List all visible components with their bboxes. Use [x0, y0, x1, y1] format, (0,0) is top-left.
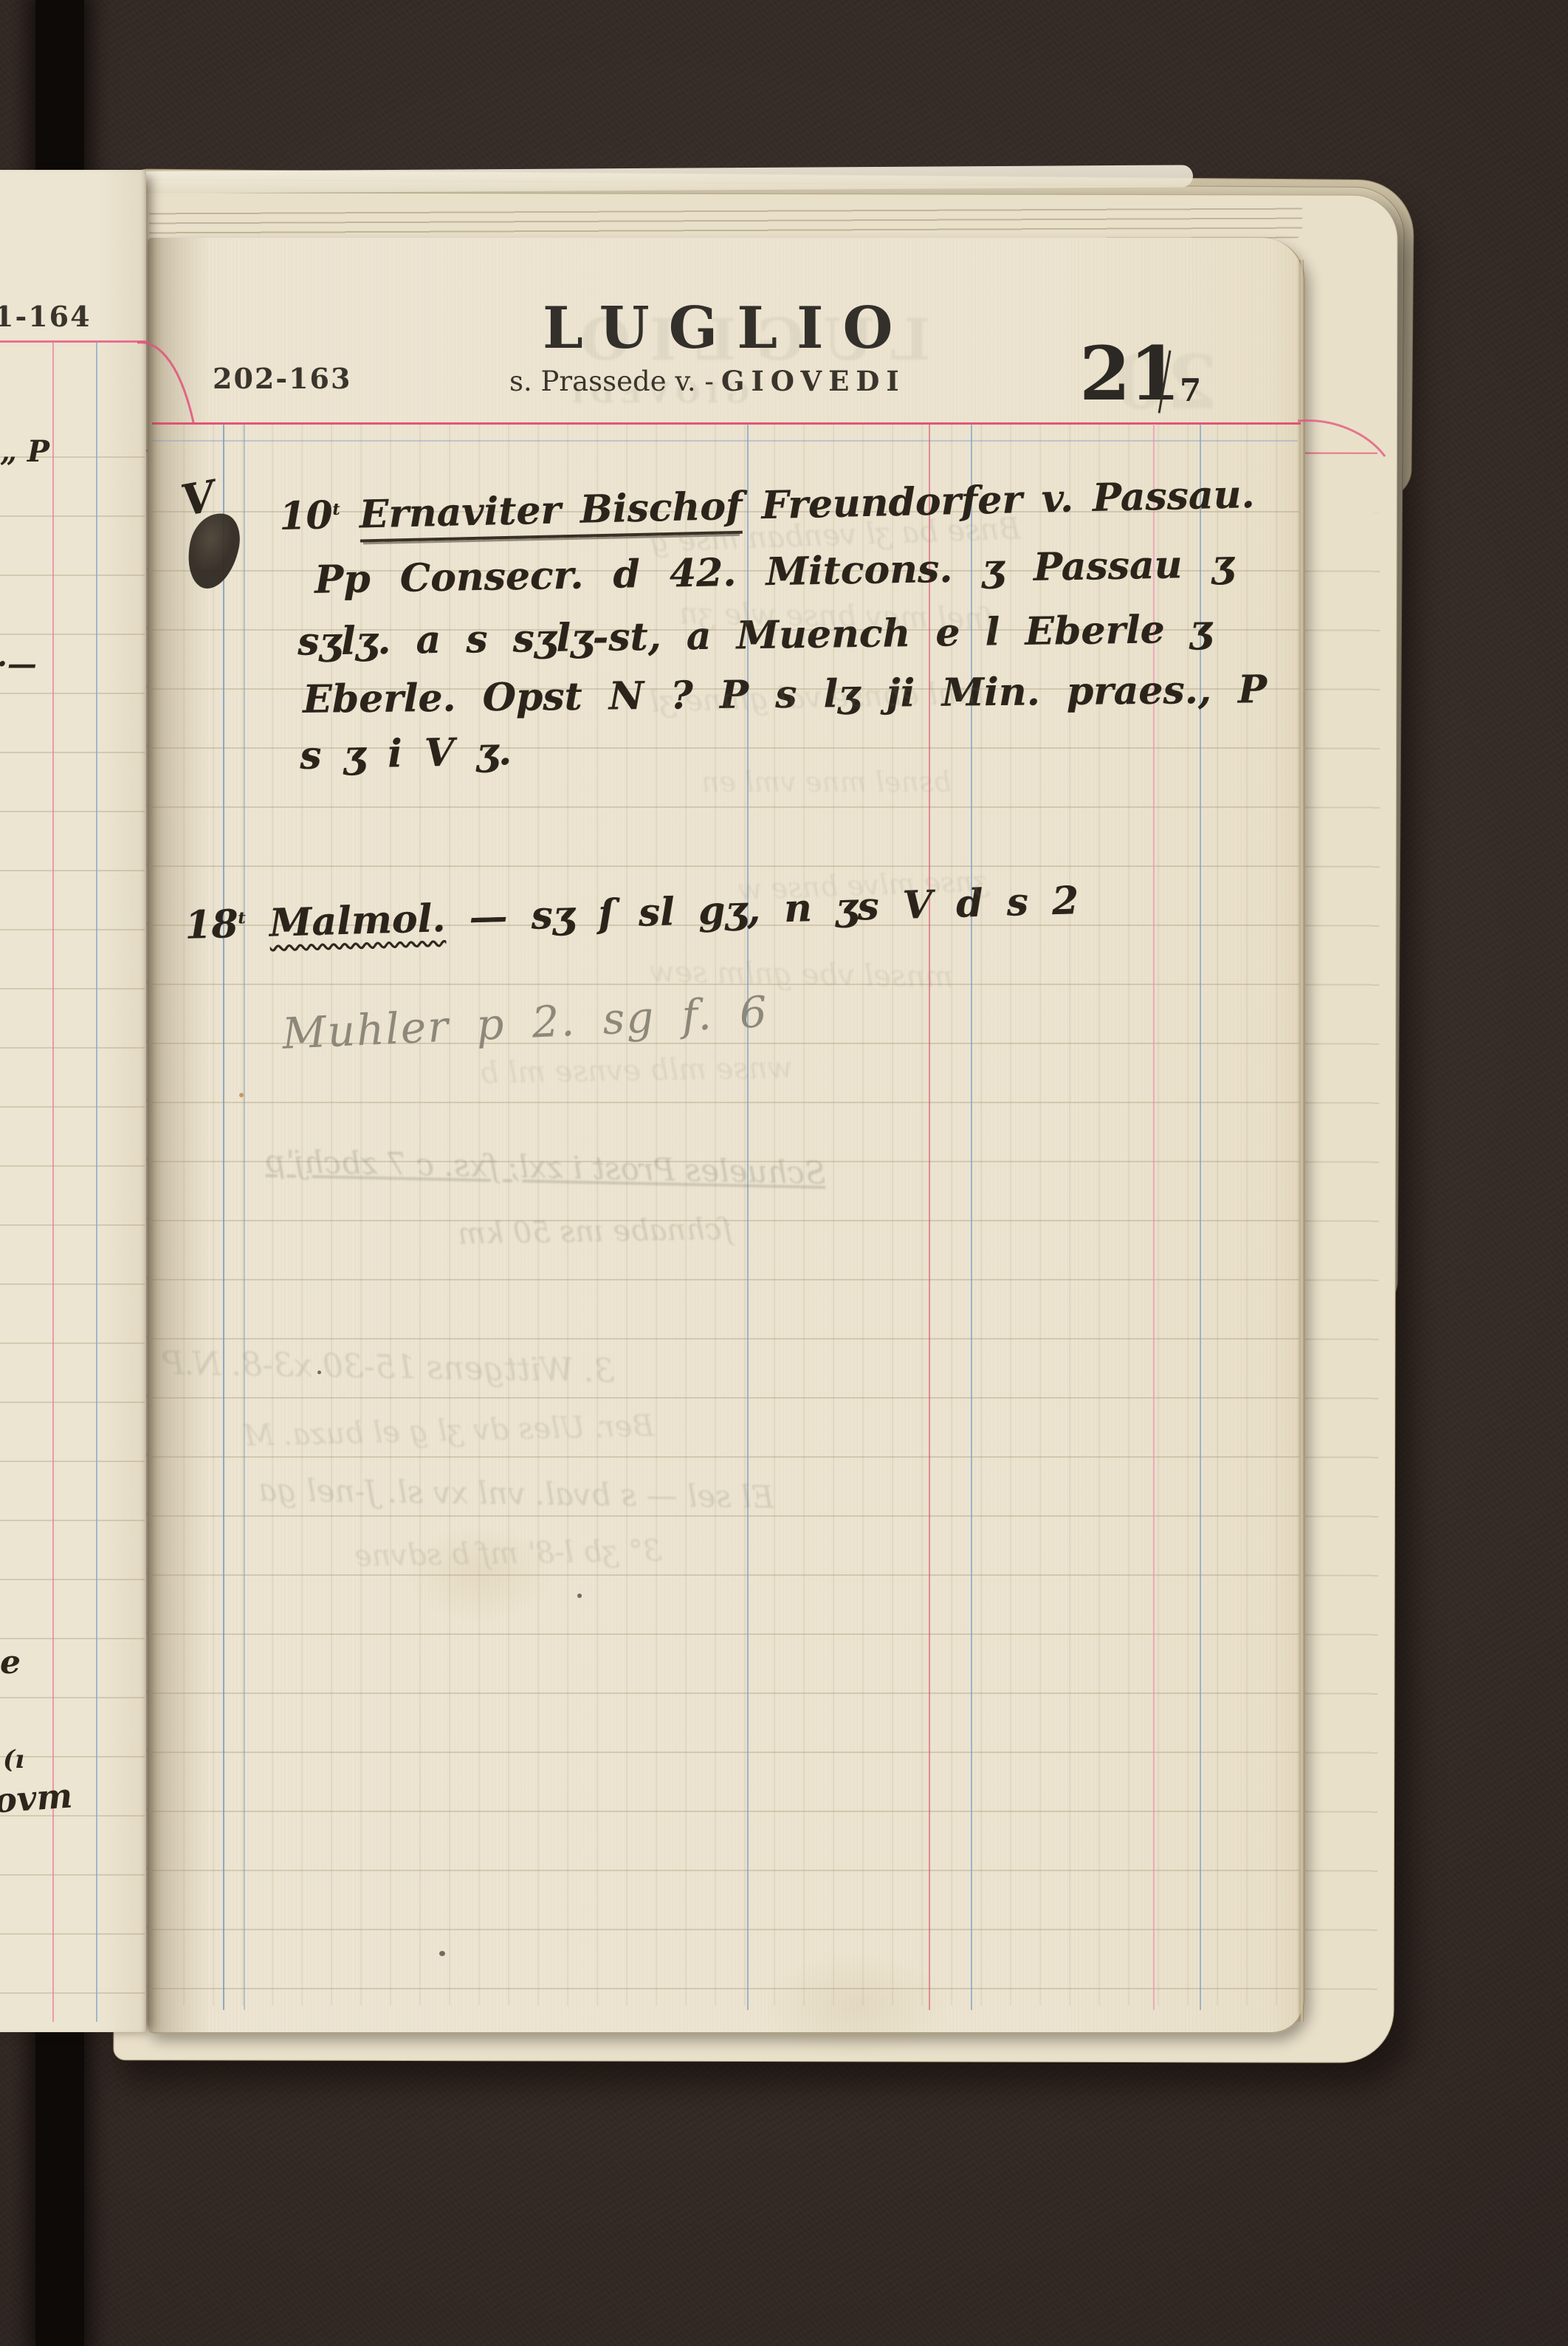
left-page-handwriting-fragment: (ı: [3, 1747, 24, 1772]
paper-stain: [406, 1526, 554, 1622]
left-page-blue-margin-line: [96, 342, 97, 2022]
left-page: 1-164 „ P ·— e (ı ovm: [0, 170, 146, 2032]
orange-speck: [239, 1093, 244, 1097]
ghost-text-line: mnsel vbe gnlm sew: [650, 957, 954, 992]
entry1-time: 10: [278, 493, 333, 539]
ghost-text-line: ʒnse mlve bnse w: [737, 867, 989, 904]
ghost-text-line: El sel — s bval. vnl xv sl. J-nel ga: [258, 1475, 774, 1513]
ink-speck: [577, 1594, 582, 1598]
left-page-red-rule: [0, 340, 146, 343]
main-page: LUGLIO GIOVEDI 20 LUGLIO 202-163 s. Pras…: [148, 238, 1305, 2034]
blue-column-line: [747, 424, 749, 2010]
blue-margin-line: [223, 424, 224, 2010]
ghost-text-line: bsnel mne vml en: [701, 768, 952, 796]
pink-column-line: [1153, 424, 1155, 2010]
entry1-line5: s ʒ i V ʒ.: [299, 730, 512, 777]
header-page-numbers: 202-163: [213, 365, 351, 393]
left-page-handwriting-fragment: ovm: [0, 1778, 74, 1817]
entry2-time-superscript: t: [238, 908, 246, 927]
left-page-handwriting-fragment: ·—: [0, 650, 37, 679]
scanned-diary-photo: LUGLIO GIOVEDI 20 LUGLIO 202-163 s. Pras…: [0, 0, 1568, 2346]
ghost-text-line: wnse mlb evnse ml b: [480, 1053, 794, 1088]
left-page-handwriting-fragment: „ P: [0, 437, 49, 467]
red-rule-fold-curve-left: [136, 334, 202, 427]
first-blue-rule: [152, 440, 1298, 442]
header-weekday: GIOVEDI: [721, 365, 906, 397]
entry2-underlined-name: Malmol.: [269, 896, 446, 946]
header-month-title: LUGLIO: [543, 300, 912, 357]
red-column-line: [929, 424, 930, 2010]
left-page-pink-margin-line: [52, 342, 54, 2022]
entry2-time: 18: [184, 902, 238, 948]
blue-margin-line-2: [244, 424, 245, 2010]
blue-column-line-3: [1200, 424, 1201, 2010]
ghost-text-line: mnl ebnse val gmne ʒl: [650, 679, 986, 717]
paper-stain: [760, 1951, 952, 2062]
saint-name: s. Prassede v. -: [509, 366, 714, 397]
left-page-number: 1-164: [0, 303, 92, 331]
header-month-number: 7: [1180, 375, 1201, 406]
left-page-ruling: [0, 399, 145, 2020]
blue-column-line-2: [971, 424, 972, 2010]
red-rule-fold-curve-right: [1295, 414, 1391, 465]
ghost-text-line: ſchnabe ıns 50 km: [458, 1215, 733, 1249]
header-saint-day: s. Prassede v. -GIOVEDI: [509, 368, 906, 395]
ink-speck: [317, 1371, 321, 1374]
entry1-time-superscript: t: [332, 500, 340, 519]
ink-speck: [439, 1951, 445, 1956]
ghost-text-line: ſnel mav bnse wle ʒn: [679, 599, 995, 634]
ghost-text-line: 3. Wittgens 15-30 x3-8. N.P: [162, 1348, 615, 1388]
left-page-handwriting-fragment: e: [0, 1647, 21, 1679]
page-stack-top-edges: [149, 202, 1302, 244]
